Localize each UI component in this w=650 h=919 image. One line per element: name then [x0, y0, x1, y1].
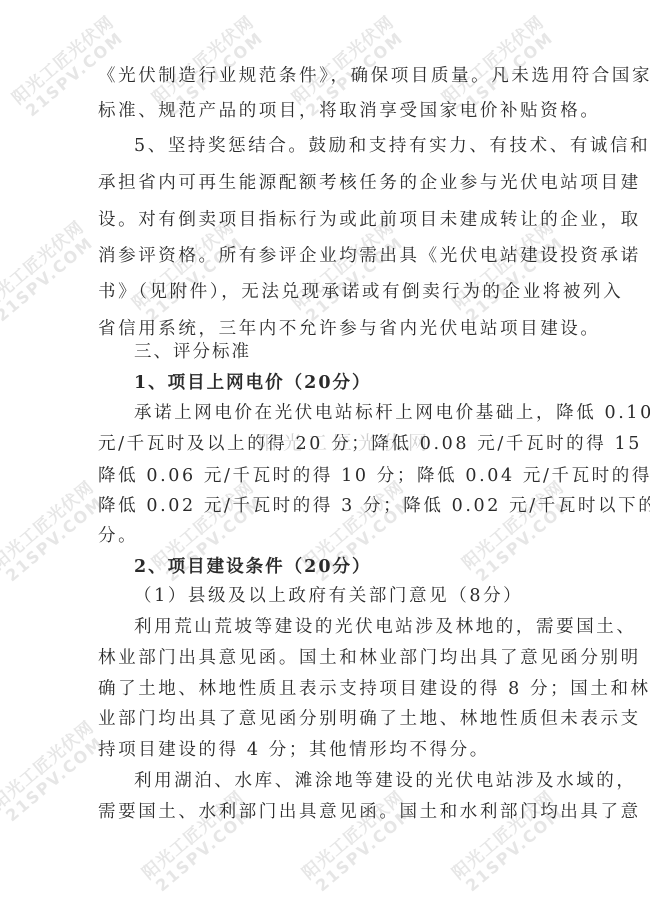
watermark: 阳光工匠光伏网21SPV.COM: [0, 719, 109, 827]
paragraph-line: 降低 0.06 元/千瓦时的得 10 分；降低 0.04 元/千瓦时的得 5 分…: [98, 464, 558, 488]
paragraph-line: 利用湖泊、水库、滩涂地等建设的光伏电站涉及水域的，: [134, 769, 594, 793]
paragraph-line: 分。: [98, 524, 558, 548]
paragraph-line: 承诺上网电价在光伏电站标杆上网电价基础上，降低 0.10: [134, 401, 594, 425]
section-heading: 三、评分标准: [134, 340, 594, 364]
watermark: 阳光工匠光伏网21SPV.COM: [450, 219, 569, 327]
paragraph-line: 设。对有倒卖项目指标行为或此前项目未建成转让的企业，取: [98, 208, 558, 232]
watermark: 阳光工匠光伏网21SPV.COM: [0, 479, 109, 587]
paragraph-line: 消参评资格。所有参评企业均需出具《光伏电站建设投资承诺: [98, 244, 558, 268]
paragraph-line: 林业部门出具意见函。国土和林业部门均出具了意见函分别明: [98, 646, 558, 670]
paragraph-line: 利用荒山荒坡等建设的光伏电站涉及林地的，需要国土、: [134, 615, 594, 639]
paragraph-line: 5、坚持奖惩结合。鼓励和支持有实力、有技术、有诚信和: [134, 134, 594, 158]
section-heading: 1、项目上网电价（20分）: [134, 371, 594, 395]
paragraph-line: （1）县级及以上政府有关部门意见（8分）: [134, 584, 594, 608]
paragraph-line: 书》（见附件），无法兑现承诺或有倒卖行为的企业将被列入: [98, 280, 558, 304]
watermark: 阳光工匠光伏网21SPV.COM: [130, 219, 249, 327]
paragraph-line: 确了土地、林地性质且表示支持项目建设的得 8 分；国土和林: [98, 677, 558, 701]
paragraph-line: 标准、规范产品的项目，将取消享受国家电价补贴资格。: [98, 99, 558, 123]
watermark: 阳光工匠光伏网21SPV.COM: [0, 219, 99, 327]
watermark: 阳光工匠光伏网21SPV.COM: [290, 219, 409, 327]
paragraph-line: 降低 0.02 元/千瓦时的得 3 分；降低 0.02 元/千瓦时以下的不得: [98, 494, 558, 518]
paragraph-line: 业部门均出具了意见函分别明确了土地、林地性质但未表示支: [98, 707, 558, 731]
paragraph-line: 承担省内可再生能源配额考核任务的企业参与光伏电站项目建: [98, 171, 558, 195]
paragraph-line: 持项目建设的得 4 分；其他情形均不得分。: [98, 738, 558, 762]
paragraph-line: 元/千瓦时及以上的得 20 分；降低 0.08 元/千瓦时的得 15 分；: [98, 432, 558, 456]
section-heading: 2、项目建设条件（20分）: [134, 555, 594, 579]
paragraph-line: 省信用系统，三年内不允许参与省内光伏电站项目建设。: [98, 317, 558, 341]
paragraph-line: 需要国土、水利部门出具意见函。国土和水利部门均出具了意: [98, 800, 558, 824]
paragraph-line: 《光伏制造行业规范条件》，确保项目质量。凡未选用符合国家: [98, 64, 558, 88]
